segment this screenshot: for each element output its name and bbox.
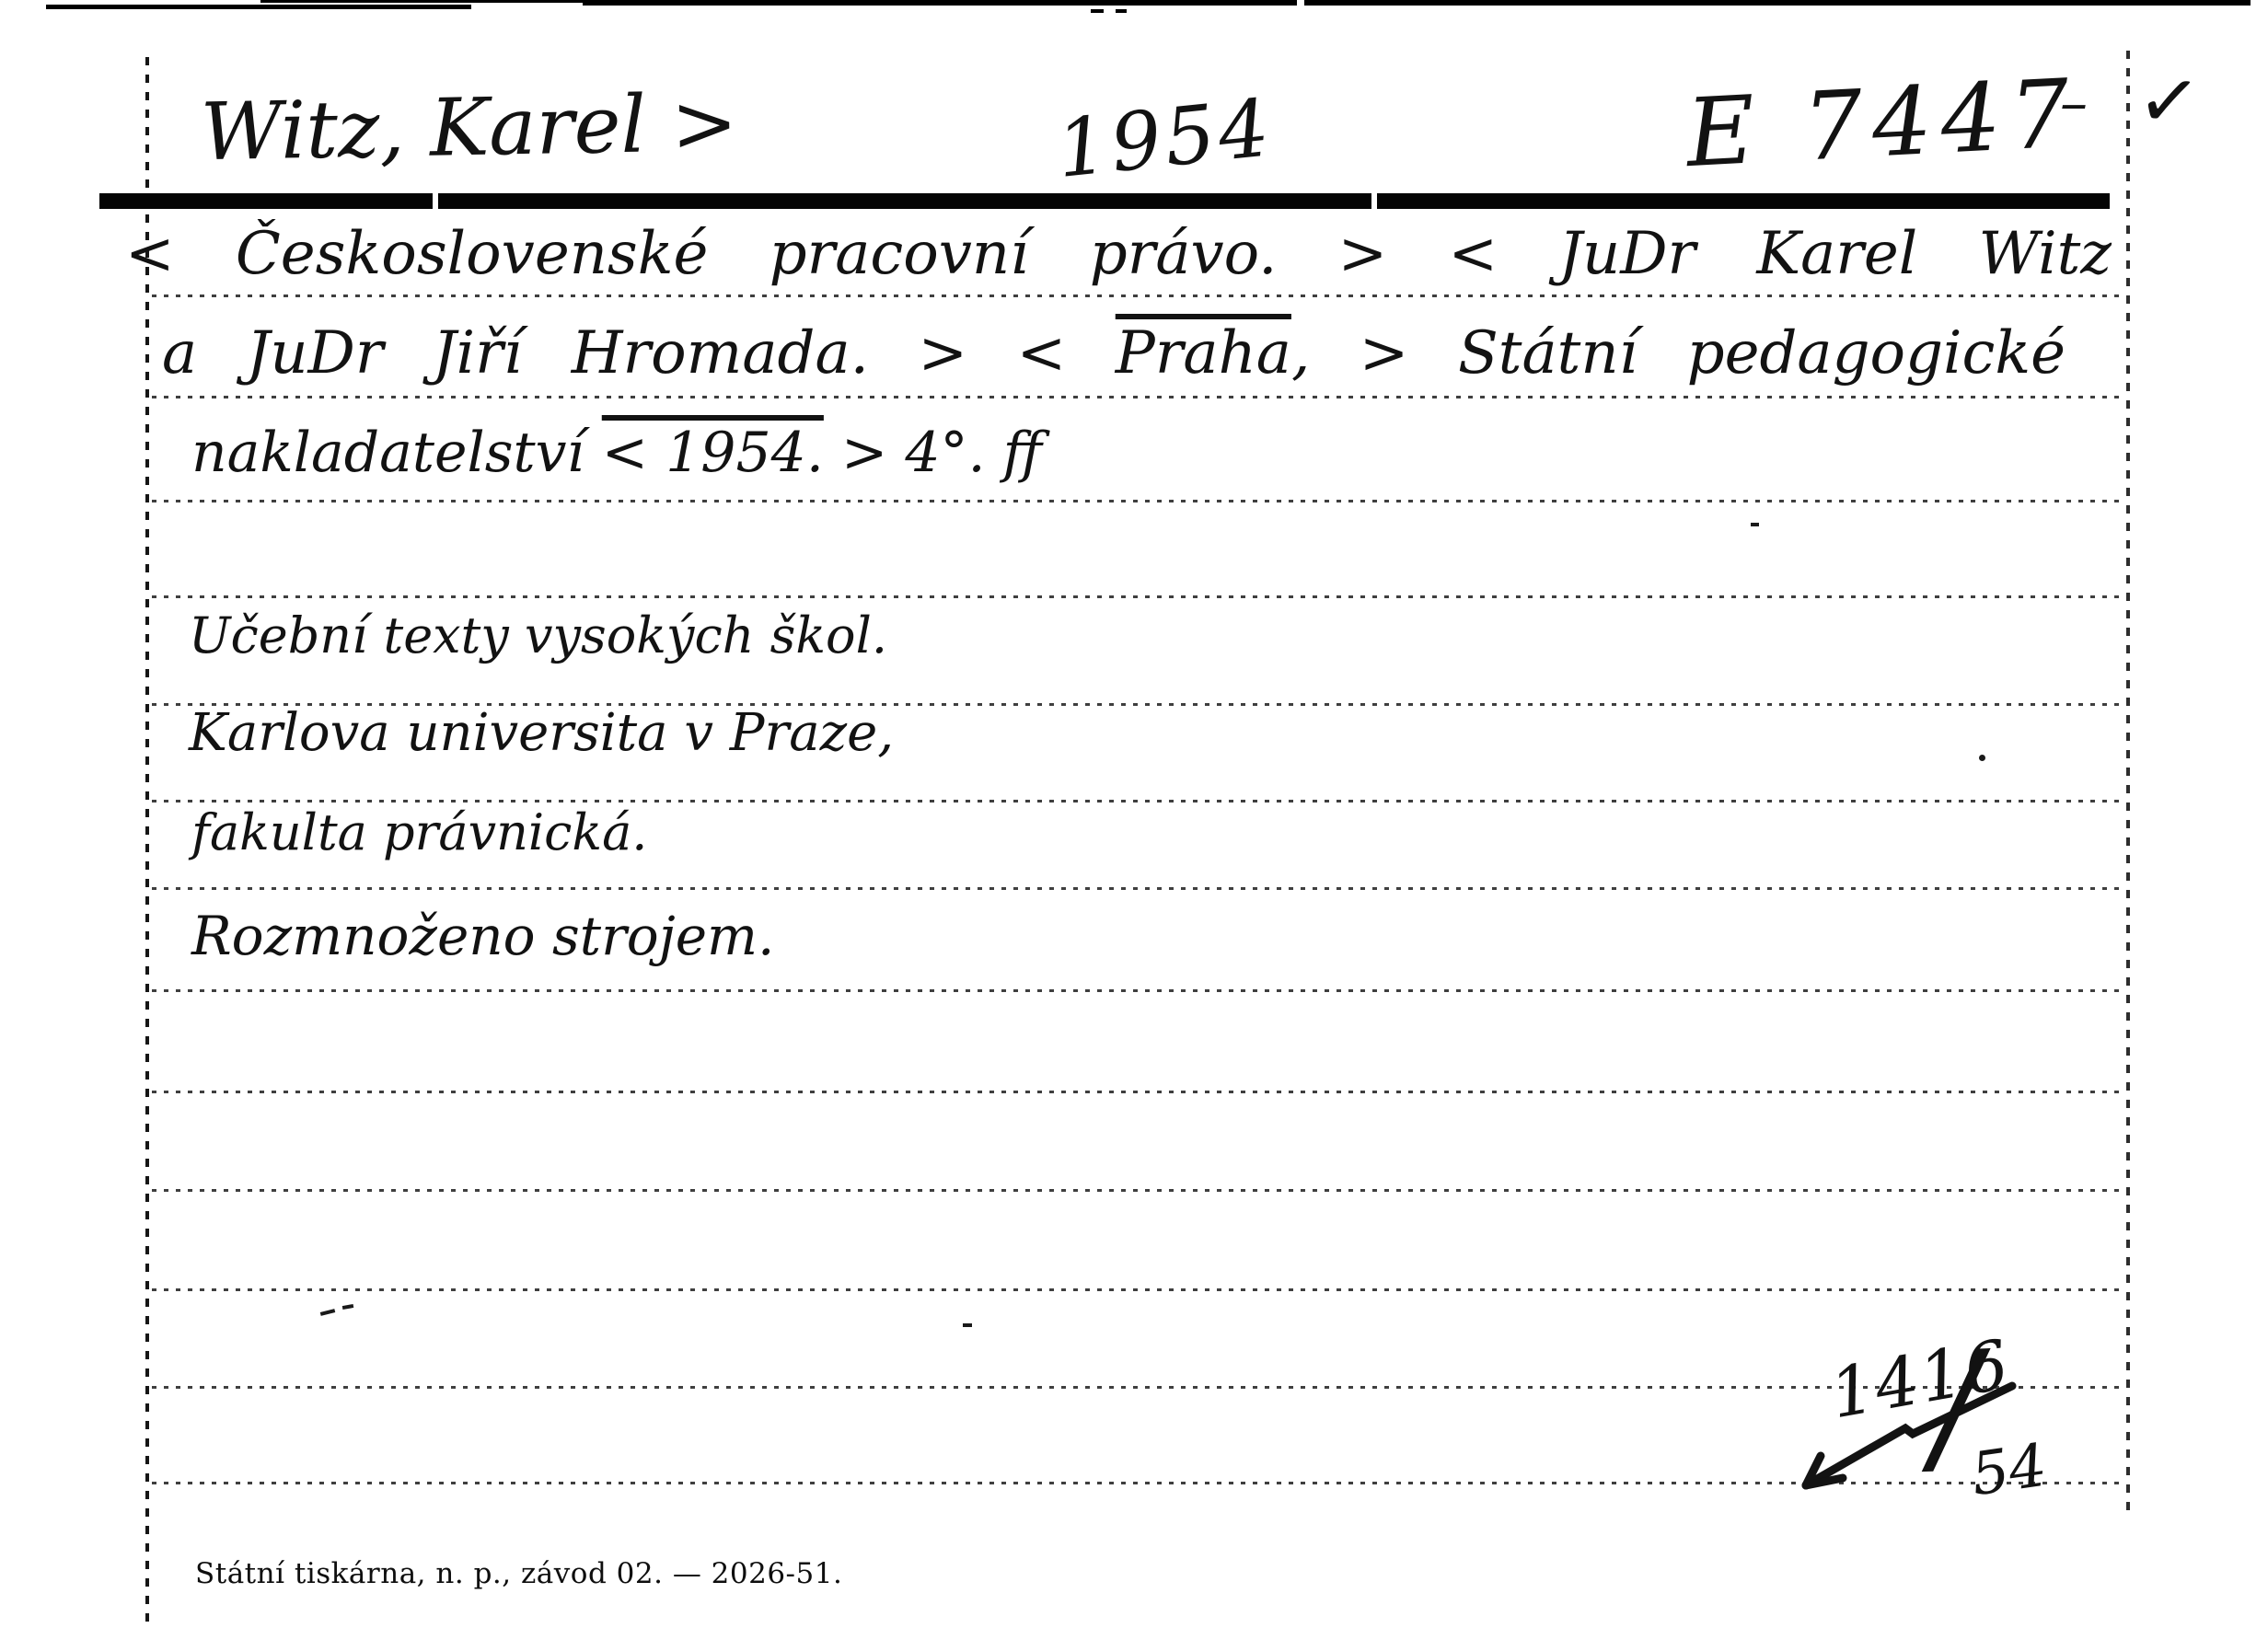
note-reproduction: Rozmnoženo strojem. — [191, 909, 774, 963]
entry-line2-pre: a JuDr Jiří Hromada. > < — [162, 319, 1116, 387]
ruled-line — [152, 1189, 2122, 1192]
ruled-line — [152, 989, 2122, 992]
heading-rule — [438, 193, 1371, 209]
author-heading: Witz, Karel > — [200, 84, 738, 172]
scan-speck — [342, 1304, 354, 1310]
scan-edge-line — [46, 5, 471, 9]
ruled-line — [152, 800, 2122, 802]
right-margin-rule — [2126, 51, 2130, 1518]
year-annotation: 1954 — [1053, 88, 1277, 190]
ruled-line — [152, 500, 2122, 502]
note-series: Učební texty vysokých škol. — [189, 611, 887, 661]
heading-rule — [99, 193, 433, 209]
scan-speck — [1979, 755, 1985, 761]
ruled-line — [152, 887, 2122, 890]
entry-imprint-line: a JuDr Jiří Hromada. > < Praha, > Státní… — [162, 324, 2065, 383]
catalog-card: Witz, Karel > 1954 E 7447 – ✓ < Českoslo… — [0, 0, 2268, 1628]
ruled-line — [152, 396, 2122, 398]
ruled-line — [152, 1288, 2122, 1291]
ruled-line — [152, 1091, 2122, 1093]
entry-title-line: < Československé pracovní právo. > < JuD… — [125, 225, 2112, 283]
scan-edge-dash — [1091, 9, 1104, 13]
check-mark-icon: ✓ — [2134, 62, 2204, 144]
left-margin-rule — [145, 57, 149, 1622]
entry-line3-post: > 4°. ff — [824, 421, 1042, 485]
note-faculty: fakulta právnická. — [191, 808, 647, 858]
scan-edge-line — [583, 0, 1297, 6]
entry-publisher-line: nakladatelství < 1954. > 4°. ff — [191, 425, 1042, 480]
note-university: Karlova universita v Praze, — [189, 708, 894, 759]
scan-speck — [963, 1323, 972, 1327]
entry-line3-pre: nakladatelství — [191, 421, 602, 485]
scan-edge-line — [1304, 0, 2251, 6]
printer-imprint: Státní tiskárna, n. p., závod 02. — 2026… — [195, 1557, 842, 1590]
entry-line3-date: < 1954. — [602, 421, 824, 485]
ruled-line — [152, 294, 2122, 297]
stray-dash-mark: – — [2060, 75, 2088, 131]
shelfmark: E 7447 — [1684, 67, 2081, 181]
accession-number-denominator: 54 — [1968, 1437, 2051, 1506]
ruled-line — [152, 595, 2122, 598]
entry-line2-post: , > Státní pedagogické — [1291, 319, 2065, 387]
heading-rule — [1377, 193, 2110, 209]
entry-line2-place: Praha — [1116, 319, 1291, 387]
scan-speck — [320, 1309, 335, 1316]
scan-speck — [1751, 523, 1759, 526]
scan-edge-dash — [1116, 9, 1127, 13]
